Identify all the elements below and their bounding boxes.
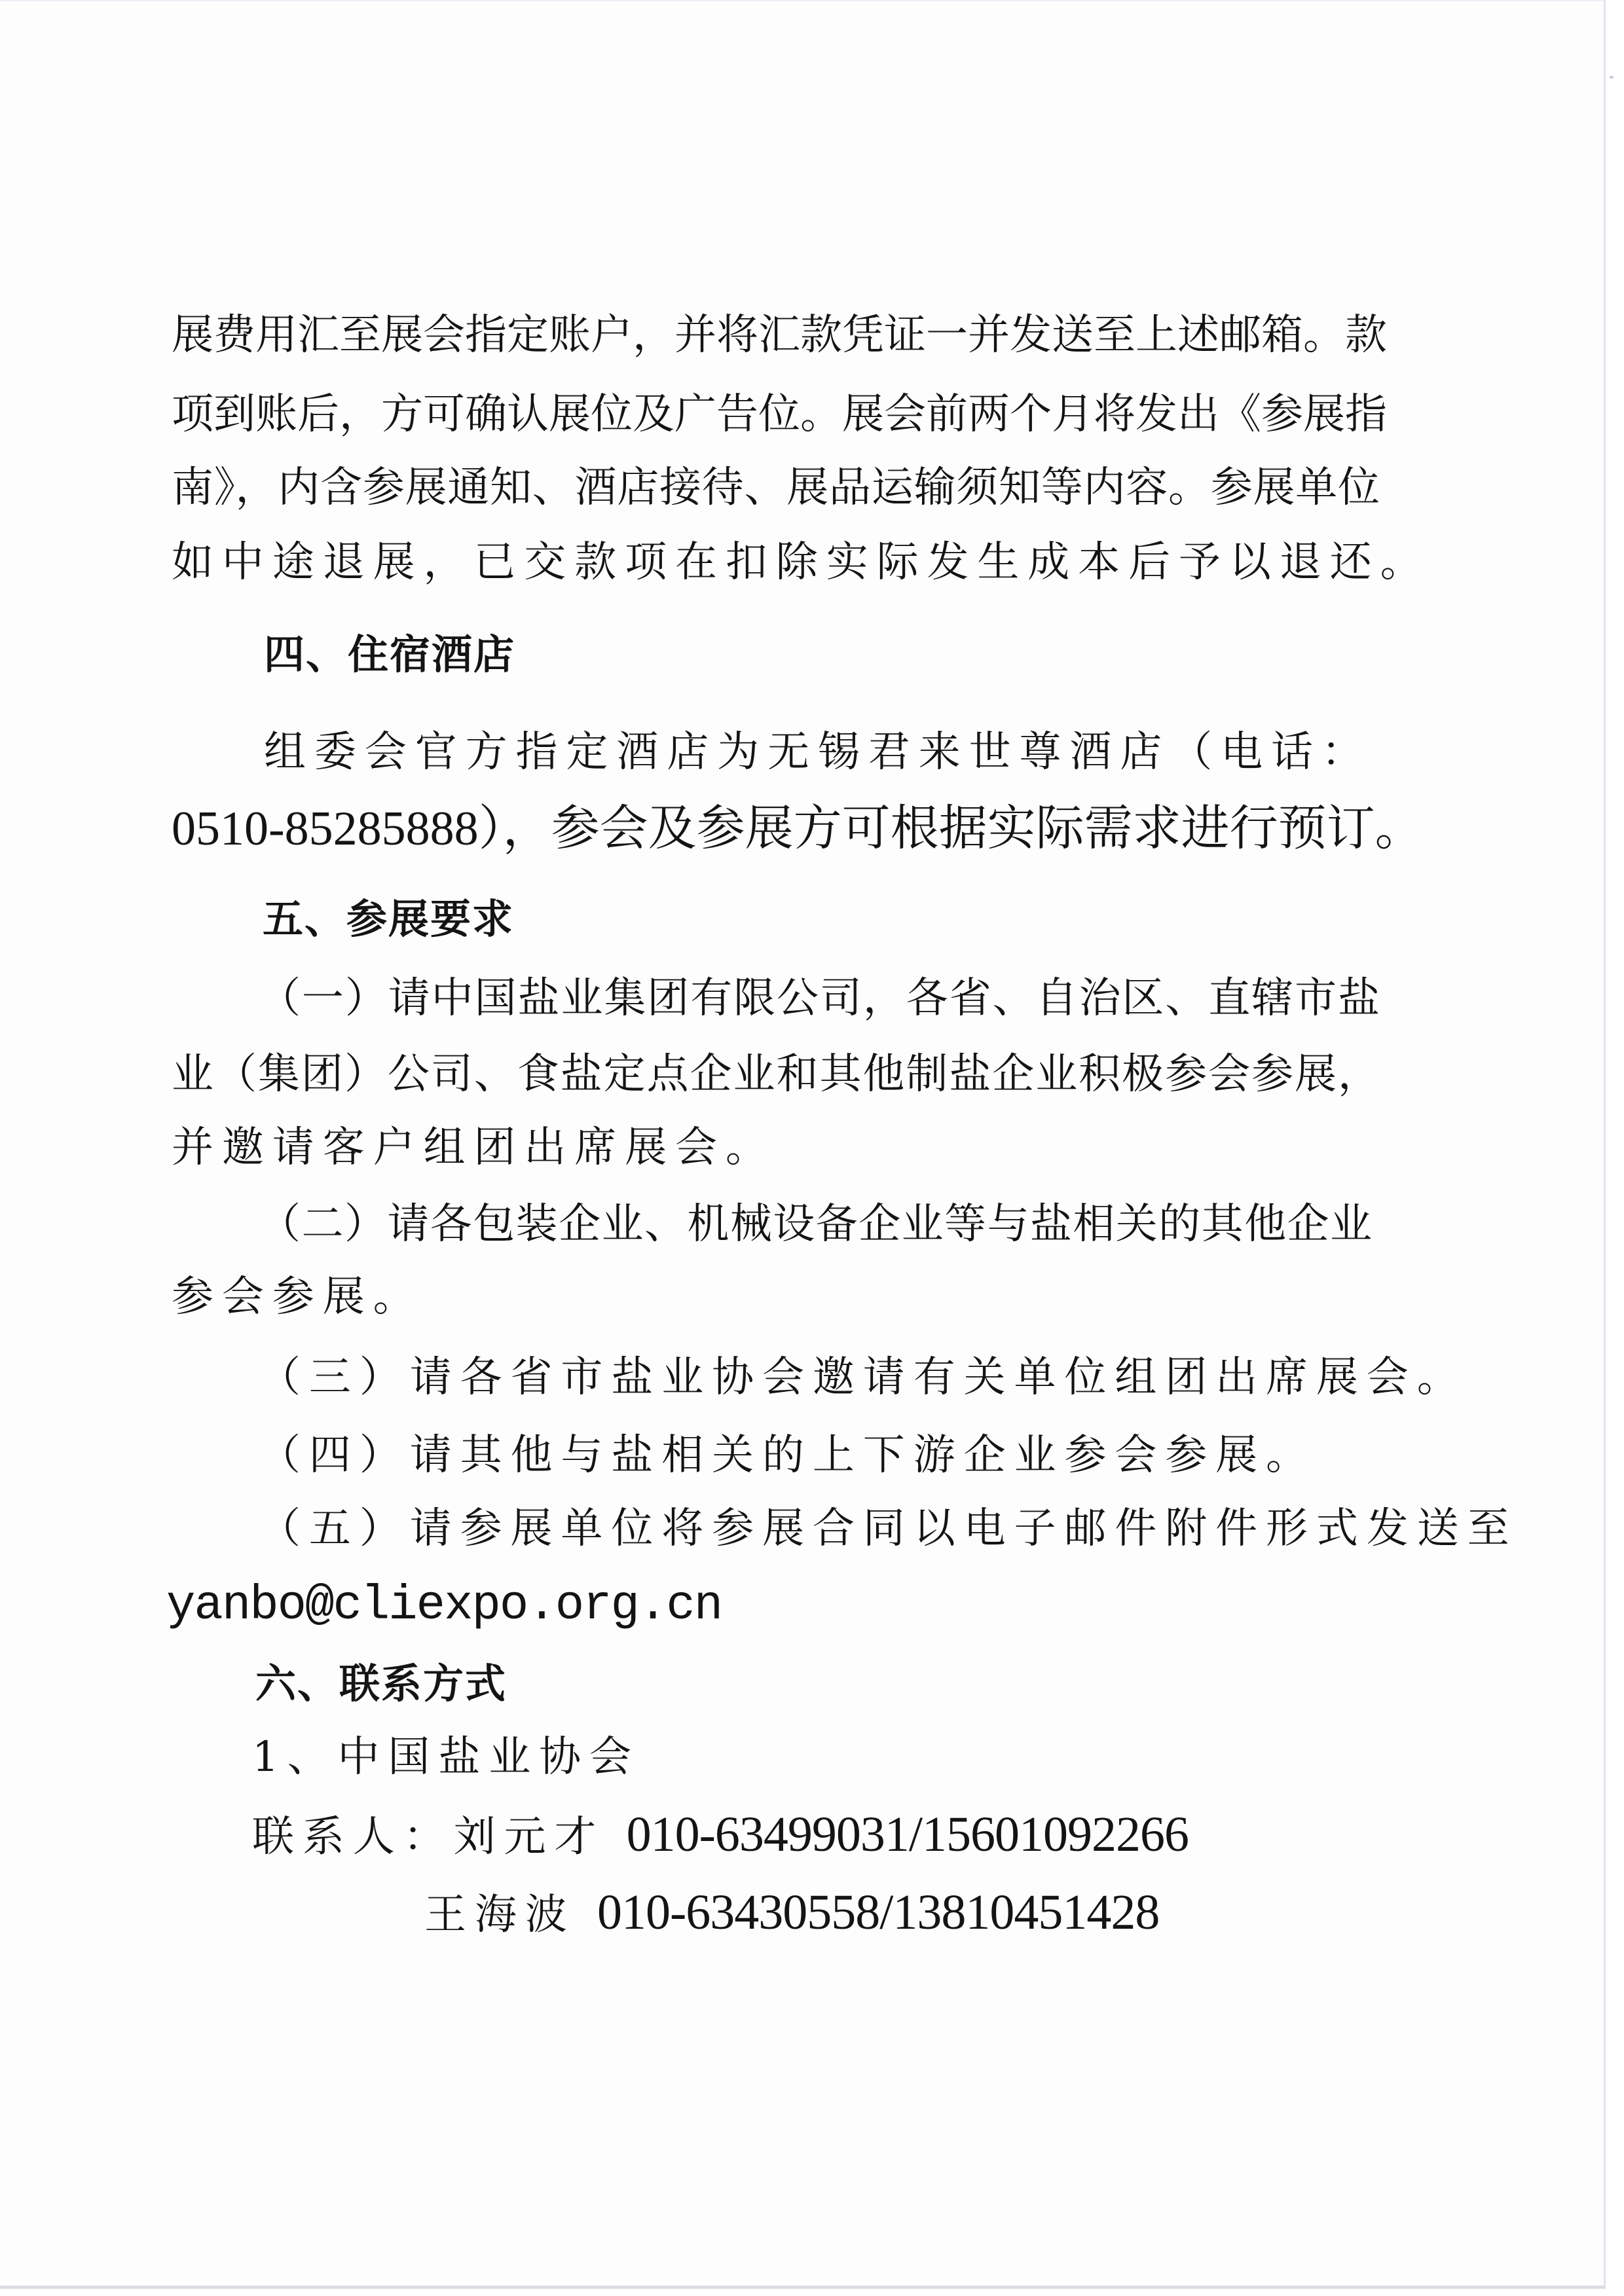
contact-organization: 1、中国盐业协会 [252, 1734, 640, 1781]
hotel-phone-line: 0510-85285888），参会及参展方可根据实际需求进行预订。 [172, 805, 1424, 854]
hotel-phone-text: 0510-85285888），参会及参展方可根据实际需求进行预订。 [172, 802, 1424, 856]
email-link[interactable]: yanbo@cliexpo.org.cn [166, 1582, 722, 1630]
requirement-item-2-line: （二）请各包装企业、机械设备企业等与盐相关的其他企业 [259, 1201, 1372, 1248]
requirement-item-1-line: 并邀请客户组团出席展会。 [172, 1124, 776, 1171]
requirement-item-3-line: （三）请各省市盐业协会邀请有关单位组团出席展会。 [259, 1354, 1467, 1401]
contact-phone: 010-63430558/13810451428 [597, 1885, 1159, 1940]
requirement-item-5-line: （五）请参展单位将参展合同以电子邮件附件形式发送至 [259, 1505, 1518, 1552]
section-heading-contact: 六、联系方式 [255, 1660, 507, 1707]
contact-phone: 010-63499031/15601092266 [627, 1807, 1189, 1862]
document-page: 展费用汇至展会指定账户，并将汇款凭证一并发送至上述邮箱。款 项到账后，方可确认展… [0, 0, 1606, 2289]
contact-row-2: 王海波 010-63430558/13810451428 [424, 1889, 1159, 1939]
scan-artifact-mark [1610, 76, 1614, 79]
section-heading-requirements: 五、参展要求 [263, 896, 514, 943]
requirement-item-2-line: 参会参展。 [172, 1273, 424, 1321]
contact-label: 联系人： [252, 1813, 454, 1861]
section-heading-accommodation: 四、住宿酒店 [264, 631, 515, 678]
requirement-item-4-line: （四）请其他与盐相关的上下游企业参会参展。 [259, 1432, 1316, 1479]
requirement-item-1-line: （一）请中国盐业集团有限公司，各省、自治区、直辖市盐 [259, 975, 1380, 1022]
paragraph-line: 南》，内含参展通知、酒店接待、展品运输须知等内容。参展单位 [172, 464, 1380, 511]
contact-name: 王海波 [424, 1891, 576, 1939]
contact-name: 刘元才 [454, 1813, 605, 1861]
contact-row-1: 联系人：刘元才 010-63499031/15601092266 [252, 1811, 1189, 1861]
paragraph-line: 如中途退展，已交款项在扣除实际发生成本后予以退还。 [172, 539, 1431, 586]
paragraph-line: 展费用汇至展会指定账户，并将汇款凭证一并发送至上述邮箱。款 [172, 312, 1380, 359]
paragraph-line: 组委会官方指定酒店为无锡君来世尊酒店（电话： [264, 729, 1372, 776]
paragraph-line: 项到账后，方可确认展位及广告位。展会前两个月将发出《参展指 [172, 391, 1380, 438]
requirement-item-1-line: 业（集团）公司、食盐定点企业和其他制盐企业积极参会参展， [172, 1051, 1380, 1098]
